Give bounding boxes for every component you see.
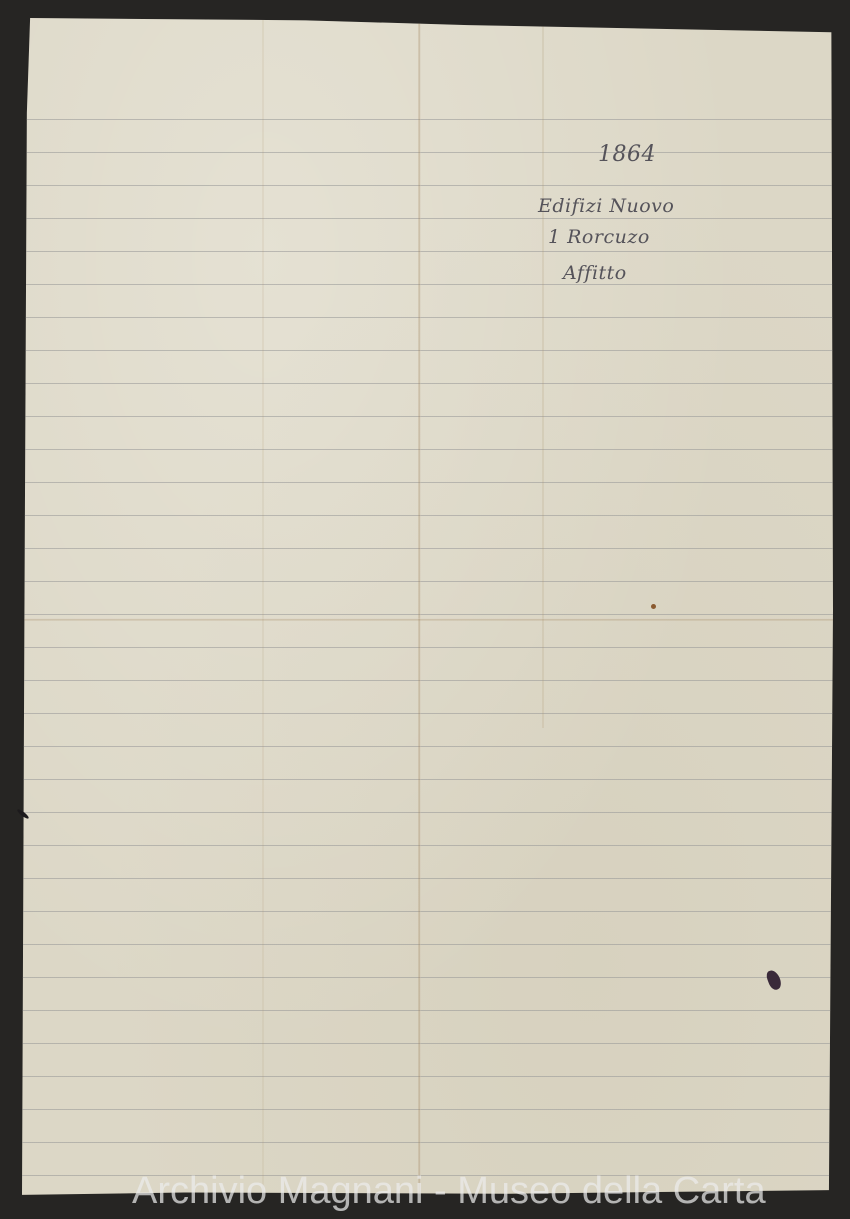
paper-sheet (22, 18, 833, 1202)
annotation-line-2: 1 Rorcuzo (548, 226, 650, 248)
paper-stain (651, 604, 656, 609)
fold-crease-horizontal (22, 618, 833, 621)
fold-crease-right (542, 18, 544, 728)
ruled-lines (22, 102, 833, 1182)
annotation-line-1: Edifizi Nuovo (538, 195, 674, 217)
fold-crease-left (262, 18, 264, 1202)
fold-crease-vertical (418, 18, 421, 1202)
annotation-line-3: Affitto (563, 262, 627, 284)
annotation-year: 1864 (598, 142, 656, 167)
archive-watermark: Archivio Magnani - Museo della Carta (132, 1170, 766, 1213)
